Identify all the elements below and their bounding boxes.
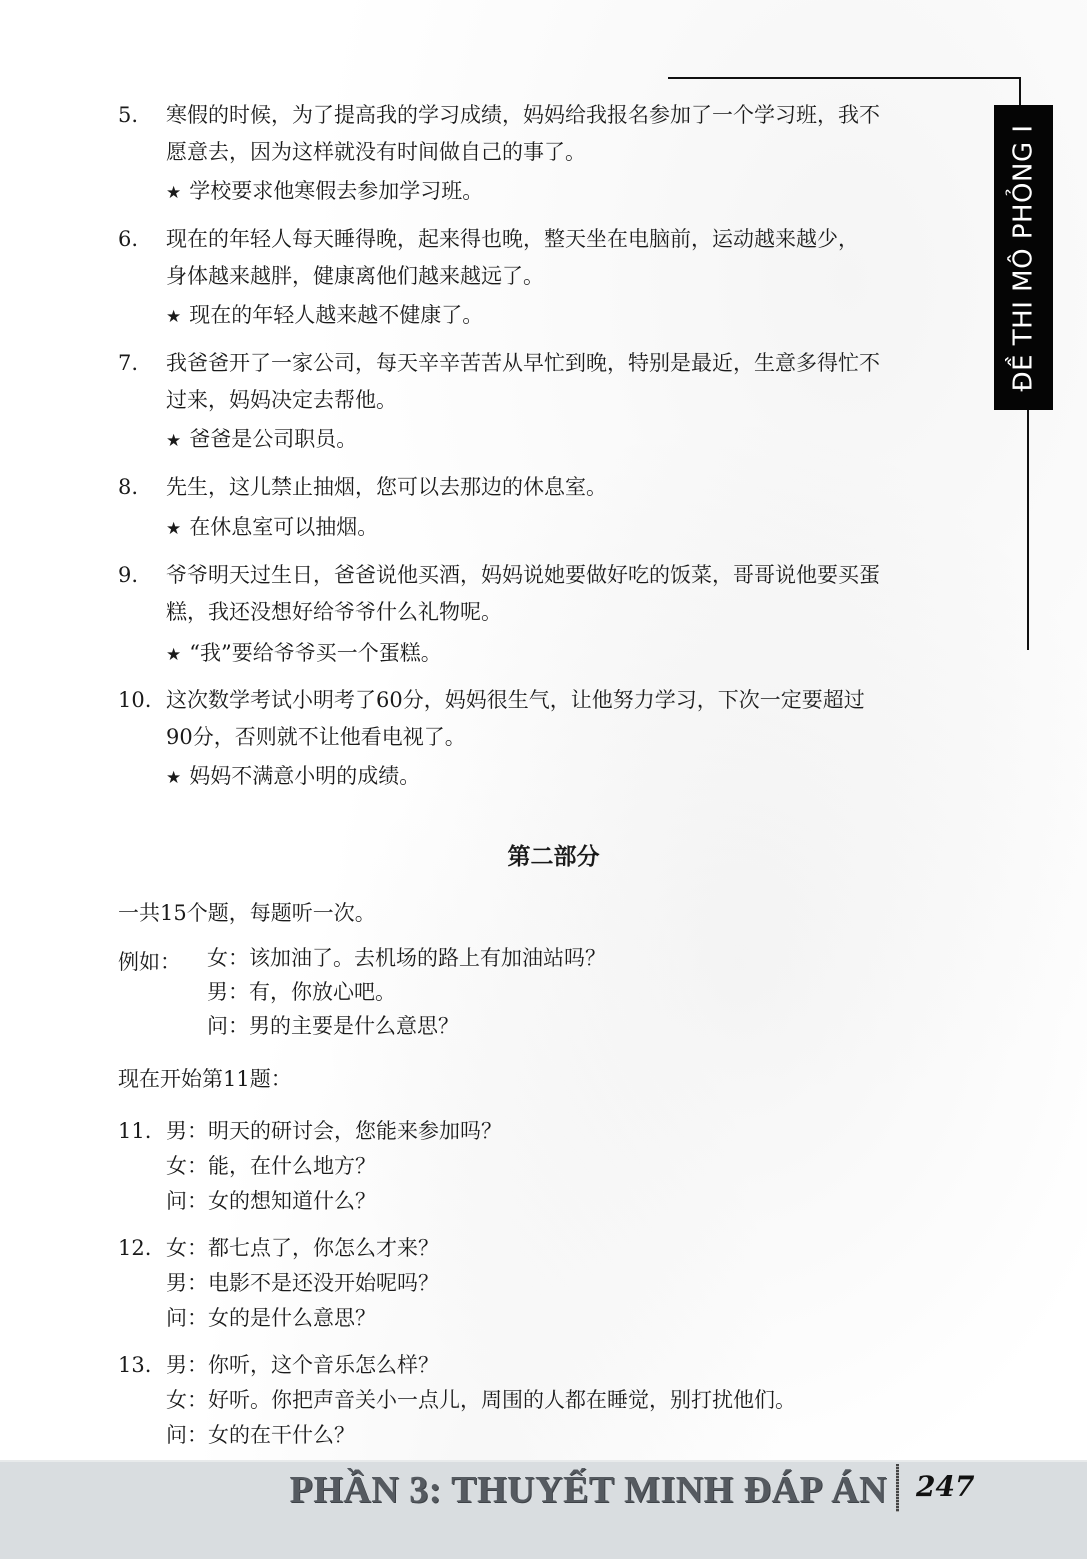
statement-5: ★学校要求他寒假去参加学习班。 bbox=[166, 176, 483, 208]
question-text: 现在的年轻人每天睡得晚，起来得也晚，整天坐在电脑前，运动越来越少， 身体越来越胖… bbox=[166, 221, 988, 295]
question-dialog-11: 男：明天的研讨会，您能来参加吗？ 女：能，在什么地方？ 问：女的想知道什么？ bbox=[166, 1114, 502, 1219]
question-number-12: 12. bbox=[118, 1231, 151, 1266]
side-tab: ĐỀ THI MÔ PHỎNG I bbox=[994, 105, 1053, 410]
star-icon: ★ bbox=[166, 645, 181, 665]
question-number: 10. bbox=[118, 682, 151, 719]
question-text: 爷爷明天过生日，爸爸说他买酒，妈妈说她要做好吃的饭菜，哥哥说他要买蛋 糕，我还没… bbox=[166, 557, 988, 631]
text-line: 90分，否则就不让他看电视了。 bbox=[166, 719, 988, 756]
question-number: 5. bbox=[118, 97, 138, 134]
text-line: 这次数学考试小明考了60分，妈妈很生气，让他努力学习，下次一定要超过 bbox=[166, 682, 988, 719]
statement-text: 现在的年轻人越来越不健康了。 bbox=[189, 303, 483, 327]
text-line: 现在的年轻人每天睡得晚，起来得也晚，整天坐在电脑前，运动越来越少， bbox=[166, 221, 988, 258]
dialog-line: 女：都七点了，你怎么才来？ bbox=[166, 1231, 439, 1266]
question-text: 寒假的时候，为了提高我的学习成绩，妈妈给我报名参加了一个学习班，我不 愿意去，因… bbox=[166, 97, 988, 171]
statement-9: ★“我”要给爷爷买一个蛋糕。 bbox=[166, 638, 442, 670]
footer-separator bbox=[896, 1464, 899, 1512]
question-number: 8. bbox=[118, 469, 138, 506]
question-number-13: 13. bbox=[118, 1348, 151, 1383]
question-dialog-12: 女：都七点了，你怎么才来？ 男：电影不是还没开始呢吗？ 问：女的是什么意思？ bbox=[166, 1231, 439, 1336]
statement-text: 在休息室可以抽烟。 bbox=[189, 515, 378, 539]
question-text: 先生，这儿禁止抽烟，您可以去那边的休息室。 bbox=[166, 469, 988, 506]
text-line: 我爸爸开了一家公司，每天辛辛苦苦从早忙到晚，特别是最近，生意多得忙不 bbox=[166, 345, 988, 382]
star-icon: ★ bbox=[166, 519, 181, 539]
dialog-line: 女：好听。你把声音关小一点儿，周围的人都在睡觉，别打扰他们。 bbox=[166, 1383, 796, 1418]
example-label: 例如： bbox=[118, 946, 181, 976]
question-item-8: 8. 先生，这儿禁止抽烟，您可以去那边的休息室。 bbox=[118, 469, 988, 506]
side-rule bbox=[1027, 410, 1029, 650]
statement-text: 学校要求他寒假去参加学习班。 bbox=[189, 179, 483, 203]
start-instruction: 现在开始第11题： bbox=[118, 1063, 292, 1095]
text-line: 先生，这儿禁止抽烟，您可以去那边的休息室。 bbox=[166, 469, 988, 506]
text-line: 身体越来越胖，健康离他们越来越远了。 bbox=[166, 258, 988, 295]
question-item-5: 5. 寒假的时候，为了提高我的学习成绩，妈妈给我报名参加了一个学习班，我不 愿意… bbox=[118, 97, 988, 171]
dialog-line: 问：女的是什么意思？ bbox=[166, 1301, 439, 1336]
dialog-line: 问：女的想知道什么？ bbox=[166, 1184, 502, 1219]
question-item-7: 7. 我爸爸开了一家公司，每天辛辛苦苦从早忙到晚，特别是最近，生意多得忙不 过来… bbox=[118, 345, 988, 419]
star-icon: ★ bbox=[166, 307, 181, 327]
question-item-6: 6. 现在的年轻人每天睡得晚，起来得也晚，整天坐在电脑前，运动越来越少， 身体越… bbox=[118, 221, 988, 295]
question-number: 7. bbox=[118, 345, 138, 382]
page-number: 247 bbox=[916, 1470, 974, 1503]
question-number: 6. bbox=[118, 221, 138, 258]
statement-text: “我”要给爷爷买一个蛋糕。 bbox=[189, 641, 441, 665]
question-number: 9. bbox=[118, 557, 138, 594]
dialog-line: 女：能，在什么地方？ bbox=[166, 1149, 502, 1184]
statement-text: 妈妈不满意小明的成绩。 bbox=[189, 764, 420, 788]
star-icon: ★ bbox=[166, 431, 181, 451]
example-dialog: 女：该加油了。去机场的路上有加油站吗？ 男：有，你放心吧。 问：男的主要是什么意… bbox=[207, 941, 606, 1043]
top-rule-connector bbox=[1019, 77, 1021, 107]
question-text: 这次数学考试小明考了60分，妈妈很生气，让他努力学习，下次一定要超过 90分，否… bbox=[166, 682, 988, 756]
star-icon: ★ bbox=[166, 183, 181, 203]
question-number-11: 11. bbox=[118, 1114, 151, 1149]
question-text: 我爸爸开了一家公司，每天辛辛苦苦从早忙到晚，特别是最近，生意多得忙不 过来，妈妈… bbox=[166, 345, 988, 419]
dialog-line: 女：该加油了。去机场的路上有加油站吗？ bbox=[207, 941, 606, 975]
dialog-line: 男：电影不是还没开始呢吗？ bbox=[166, 1266, 439, 1301]
question-item-10: 10. 这次数学考试小明考了60分，妈妈很生气，让他努力学习，下次一定要超过 9… bbox=[118, 682, 988, 756]
section-title: 第二部分 bbox=[0, 838, 1087, 871]
statement-text: 爸爸是公司职员。 bbox=[189, 427, 357, 451]
text-line: 愿意去，因为这样就没有时间做自己的事了。 bbox=[166, 134, 988, 171]
text-line: 寒假的时候，为了提高我的学习成绩，妈妈给我报名参加了一个学习班，我不 bbox=[166, 97, 988, 134]
dialog-line: 男：有，你放心吧。 bbox=[207, 975, 606, 1009]
question-item-9: 9. 爷爷明天过生日，爸爸说他买酒，妈妈说她要做好吃的饭菜，哥哥说他要买蛋 糕，… bbox=[118, 557, 988, 631]
text-line: 爷爷明天过生日，爸爸说他买酒，妈妈说她要做好吃的饭菜，哥哥说他要买蛋 bbox=[166, 557, 988, 594]
top-rule bbox=[668, 77, 1020, 79]
dialog-line: 问：男的主要是什么意思？ bbox=[207, 1009, 606, 1043]
text-line: 糕，我还没想好给爷爷什么礼物呢。 bbox=[166, 594, 988, 631]
question-dialog-13: 男：你听，这个音乐怎么样？ 女：好听。你把声音关小一点儿，周围的人都在睡觉，别打… bbox=[166, 1348, 796, 1453]
star-icon: ★ bbox=[166, 768, 181, 788]
side-tab-label: ĐỀ THI MÔ PHỎNG I bbox=[1009, 124, 1039, 391]
statement-8: ★在休息室可以抽烟。 bbox=[166, 512, 378, 544]
text-line: 过来，妈妈决定去帮他。 bbox=[166, 382, 988, 419]
statement-7: ★爸爸是公司职员。 bbox=[166, 424, 357, 456]
statement-10: ★妈妈不满意小明的成绩。 bbox=[166, 761, 420, 793]
part2-intro: 一共15个题，每题听一次。 bbox=[118, 897, 376, 929]
dialog-line: 男：明天的研讨会，您能来参加吗？ bbox=[166, 1114, 502, 1149]
statement-6: ★现在的年轻人越来越不健康了。 bbox=[166, 300, 483, 332]
page-footer: PHẦN 3: THUYẾT MINH ĐÁP ÁN 247 bbox=[0, 1460, 1087, 1559]
dialog-line: 男：你听，这个音乐怎么样？ bbox=[166, 1348, 796, 1383]
dialog-line: 问：女的在干什么？ bbox=[166, 1418, 796, 1453]
footer-title: PHẦN 3: THUYẾT MINH ĐÁP ÁN bbox=[290, 1468, 887, 1512]
